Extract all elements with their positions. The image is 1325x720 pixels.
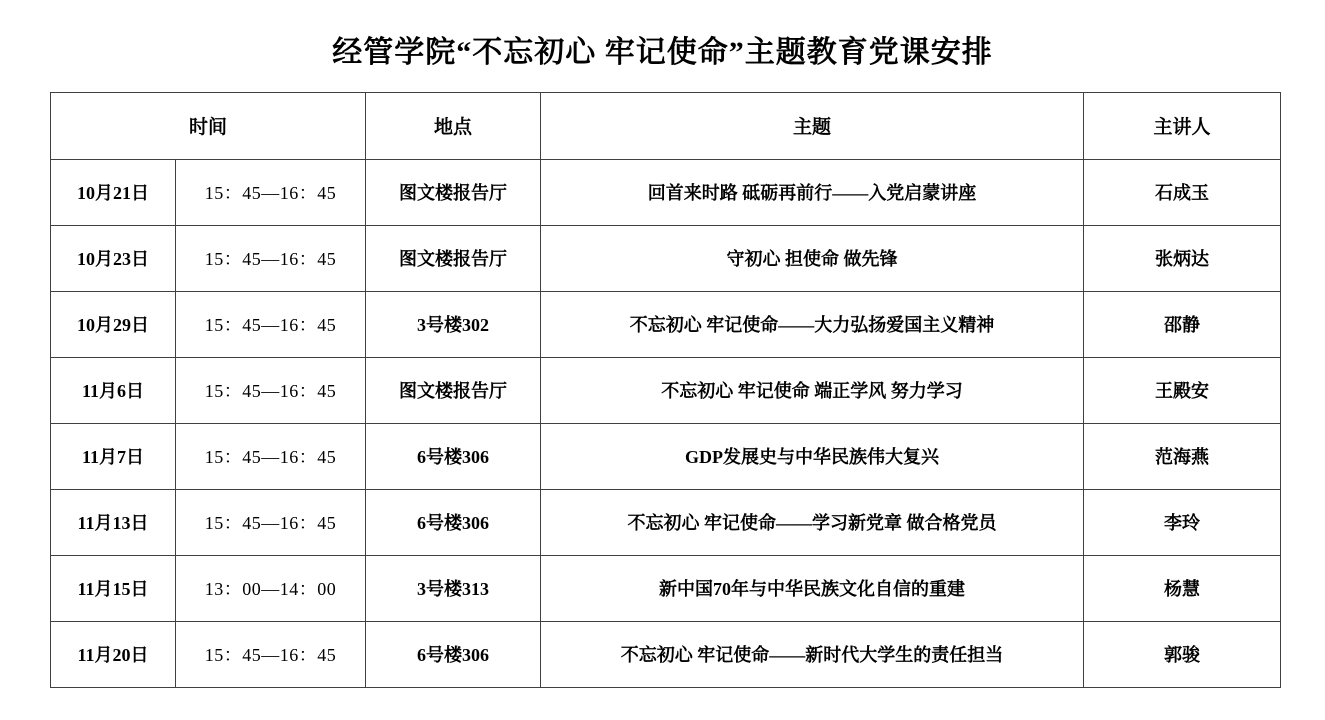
table-row: 11月7日 15：45—16：45 6号楼306 GDP发展史与中华民族伟大复兴…	[51, 423, 1281, 489]
time-cell: 13：00—14：00	[176, 555, 366, 621]
location-cell: 图文楼报告厅	[366, 159, 541, 225]
topic-cell: GDP发展史与中华民族伟大复兴	[541, 423, 1084, 489]
speaker-cell: 杨慧	[1084, 555, 1281, 621]
table-row: 11月15日 13：00—14：00 3号楼313 新中国70年与中华民族文化自…	[51, 555, 1281, 621]
location-cell: 6号楼306	[366, 489, 541, 555]
topic-cell: 不忘初心 牢记使命——新时代大学生的责任担当	[541, 621, 1084, 687]
topic-cell: 不忘初心 牢记使命——学习新党章 做合格党员	[541, 489, 1084, 555]
date-cell: 10月23日	[51, 225, 176, 291]
location-cell: 6号楼306	[366, 423, 541, 489]
date-cell: 11月15日	[51, 555, 176, 621]
date-cell: 10月29日	[51, 291, 176, 357]
location-cell: 6号楼306	[366, 621, 541, 687]
date-cell: 11月20日	[51, 621, 176, 687]
header-speaker: 主讲人	[1084, 92, 1281, 159]
table-row: 11月20日 15：45—16：45 6号楼306 不忘初心 牢记使命——新时代…	[51, 621, 1281, 687]
location-cell: 图文楼报告厅	[366, 357, 541, 423]
date-cell: 11月7日	[51, 423, 176, 489]
schedule-table: 时间 地点 主题 主讲人 10月21日 15：45—16：45 图文楼报告厅 回…	[50, 92, 1281, 688]
date-cell: 11月6日	[51, 357, 176, 423]
speaker-cell: 张炳达	[1084, 225, 1281, 291]
speaker-cell: 石成玉	[1084, 159, 1281, 225]
date-cell: 11月13日	[51, 489, 176, 555]
header-topic: 主题	[541, 92, 1084, 159]
table-row: 10月21日 15：45—16：45 图文楼报告厅 回首来时路 砥砺再前行——入…	[51, 159, 1281, 225]
table-row: 10月29日 15：45—16：45 3号楼302 不忘初心 牢记使命——大力弘…	[51, 291, 1281, 357]
speaker-cell: 范海燕	[1084, 423, 1281, 489]
speaker-cell: 王殿安	[1084, 357, 1281, 423]
speaker-cell: 邵静	[1084, 291, 1281, 357]
speaker-cell: 李玲	[1084, 489, 1281, 555]
table-row: 11月6日 15：45—16：45 图文楼报告厅 不忘初心 牢记使命 端正学风 …	[51, 357, 1281, 423]
table-row: 11月13日 15：45—16：45 6号楼306 不忘初心 牢记使命——学习新…	[51, 489, 1281, 555]
time-cell: 15：45—16：45	[176, 291, 366, 357]
topic-cell: 新中国70年与中华民族文化自信的重建	[541, 555, 1084, 621]
topic-cell: 不忘初心 牢记使命 端正学风 努力学习	[541, 357, 1084, 423]
header-time: 时间	[51, 92, 366, 159]
page-title: 经管学院“不忘初心 牢记使命”主题教育党课安排	[0, 34, 1325, 72]
header-location: 地点	[366, 92, 541, 159]
time-cell: 15：45—16：45	[176, 423, 366, 489]
time-cell: 15：45—16：45	[176, 489, 366, 555]
date-cell: 10月21日	[51, 159, 176, 225]
location-cell: 图文楼报告厅	[366, 225, 541, 291]
speaker-cell: 郭骏	[1084, 621, 1281, 687]
header-row: 时间 地点 主题 主讲人	[51, 92, 1281, 159]
topic-cell: 不忘初心 牢记使命——大力弘扬爱国主义精神	[541, 291, 1084, 357]
location-cell: 3号楼313	[366, 555, 541, 621]
table-row: 10月23日 15：45—16：45 图文楼报告厅 守初心 担使命 做先锋 张炳…	[51, 225, 1281, 291]
topic-cell: 回首来时路 砥砺再前行——入党启蒙讲座	[541, 159, 1084, 225]
time-cell: 15：45—16：45	[176, 225, 366, 291]
time-cell: 15：45—16：45	[176, 159, 366, 225]
topic-cell: 守初心 担使命 做先锋	[541, 225, 1084, 291]
schedule-body: 10月21日 15：45—16：45 图文楼报告厅 回首来时路 砥砺再前行——入…	[51, 159, 1281, 687]
time-cell: 15：45—16：45	[176, 621, 366, 687]
time-cell: 15：45—16：45	[176, 357, 366, 423]
location-cell: 3号楼302	[366, 291, 541, 357]
